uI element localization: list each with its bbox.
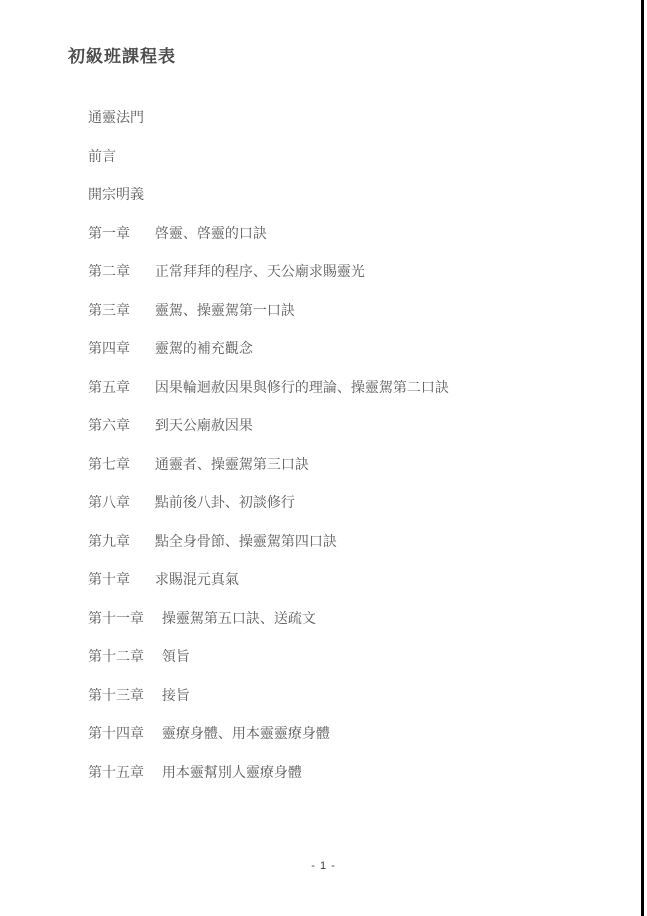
document-page: 初級班課程表 通靈法門 前言 開宗明義 第一章 啓靈、啓靈的口訣 第二章 正常拜… (0, 0, 647, 916)
toc-item: 第四章 靈駕的補充觀念 (88, 329, 627, 368)
chapter-label: 第十章 (88, 560, 137, 599)
toc-item: 第三章 靈駕、操靈駕第一口訣 (88, 291, 627, 330)
chapter-title: 到天公廟赦因果 (155, 417, 253, 433)
toc-item: 第十四章 靈療身體、用本靈靈療身體 (88, 714, 627, 753)
chapter-label: 第九章 (88, 522, 137, 561)
chapter-title: 靈療身體、用本靈靈療身體 (162, 725, 330, 741)
toc-item: 第十一章 操靈駕第五口訣、送疏文 (88, 599, 627, 638)
page-right-edge-line (641, 0, 644, 916)
chapter-label: 第十三章 (88, 676, 144, 715)
chapter-label: 第八章 (88, 483, 137, 522)
toc-list: 通靈法門 前言 開宗明義 第一章 啓靈、啓靈的口訣 第二章 正常拜拜的程序、天公… (88, 98, 627, 791)
chapter-label: 第六章 (88, 406, 137, 445)
chapter-title: 用本靈幫別人靈療身體 (162, 764, 302, 780)
chapter-title: 靈駕的補充觀念 (155, 340, 253, 356)
toc-item: 通靈法門 (88, 98, 627, 137)
chapter-title: 通靈法門 (88, 109, 144, 125)
chapter-label: 第二章 (88, 252, 137, 291)
toc-item: 第十章 求賜混元真氣 (88, 560, 627, 599)
chapter-title: 因果輪迴赦因果與修行的理論、操靈駕第二口訣 (155, 379, 449, 395)
toc-item: 前言 (88, 137, 627, 176)
toc-item: 第十二章 領旨 (88, 637, 627, 676)
toc-item: 第一章 啓靈、啓靈的口訣 (88, 214, 627, 253)
chapter-title: 領旨 (162, 648, 190, 664)
chapter-title: 點前後八卦、初談修行 (155, 494, 295, 510)
toc-item: 第十五章 用本靈幫別人靈療身體 (88, 753, 627, 792)
chapter-title: 正常拜拜的程序、天公廟求賜靈光 (155, 263, 365, 279)
chapter-title: 前言 (88, 148, 116, 164)
toc-item: 第九章 點全身骨節、操靈駕第四口訣 (88, 522, 627, 561)
toc-item: 第六章 到天公廟赦因果 (88, 406, 627, 445)
toc-item: 第十三章 接旨 (88, 676, 627, 715)
chapter-label: 第五章 (88, 368, 137, 407)
chapter-title: 點全身骨節、操靈駕第四口訣 (155, 533, 337, 549)
page-number: - 1 - (0, 860, 647, 872)
chapter-title: 求賜混元真氣 (155, 571, 239, 587)
chapter-title: 開宗明義 (88, 186, 144, 202)
chapter-label: 第十一章 (88, 599, 144, 638)
chapter-label: 第七章 (88, 445, 137, 484)
toc-item: 第二章 正常拜拜的程序、天公廟求賜靈光 (88, 252, 627, 291)
chapter-title: 通靈者、操靈駕第三口訣 (155, 456, 309, 472)
chapter-title: 靈駕、操靈駕第一口訣 (155, 302, 295, 318)
chapter-title: 接旨 (162, 687, 190, 703)
chapter-label: 第十二章 (88, 637, 144, 676)
toc-item: 第八章 點前後八卦、初談修行 (88, 483, 627, 522)
toc-item: 第七章 通靈者、操靈駕第三口訣 (88, 445, 627, 484)
chapter-label: 第十五章 (88, 753, 144, 792)
chapter-title: 啓靈、啓靈的口訣 (155, 225, 267, 241)
chapter-label: 第十四章 (88, 714, 144, 753)
chapter-label: 第三章 (88, 291, 137, 330)
chapter-label: 第一章 (88, 214, 137, 253)
chapter-label: 第四章 (88, 329, 137, 368)
chapter-title: 操靈駕第五口訣、送疏文 (162, 610, 316, 626)
page-title: 初級班課程表 (68, 42, 176, 67)
toc-item: 第五章 因果輪迴赦因果與修行的理論、操靈駕第二口訣 (88, 368, 627, 407)
toc-item: 開宗明義 (88, 175, 627, 214)
